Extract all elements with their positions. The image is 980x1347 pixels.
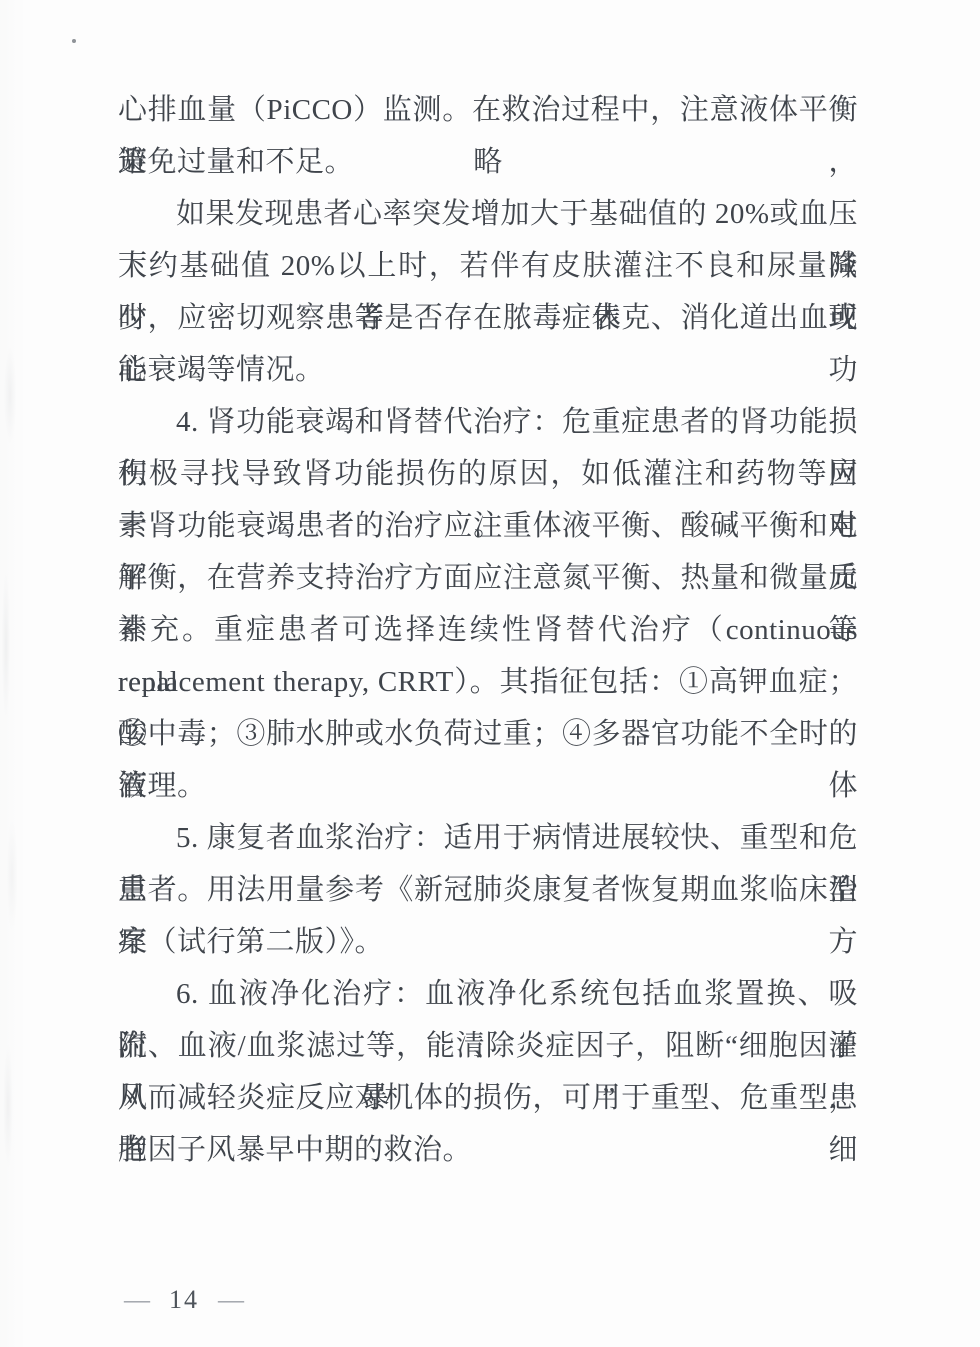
text-line: 时，应密切观察患者是否存在脓毒症休克、消化道出血或心功 [118, 292, 858, 344]
text-line: 流、血液/血浆滤过等，能清除炎症因子，阻断“细胞因子风暴”， [118, 1020, 858, 1072]
text-line: 患者。用法用量参考《新冠肺炎康复者恢复期血浆临床治疗方 [118, 864, 858, 916]
scan-edge-noise [0, 280, 26, 1240]
text-line: 心排血量（PiCCO）监测。在救治过程中，注意液体平衡策略， [118, 84, 858, 136]
page-number: 14 [169, 1283, 199, 1317]
page-footer: — 14 — [124, 1283, 244, 1317]
document-page: 心排血量（PiCCO）监测。在救治过程中，注意液体平衡策略，避免过量和不足。如果… [0, 0, 980, 1347]
document-text-block: 心排血量（PiCCO）监测。在救治过程中，注意液体平衡策略，避免过量和不足。如果… [118, 84, 858, 1176]
text-line: 从而减轻炎症反应对机体的损伤，可用于重型、危重型患者细 [118, 1072, 858, 1124]
text-line: 积极寻找导致肾功能损伤的原因，如低灌注和药物等因素。对 [118, 448, 858, 500]
text-line: 于肾功能衰竭患者的治疗应注重体液平衡、酸碱平衡和电解质 [118, 500, 858, 552]
footer-dash-right: — [218, 1283, 244, 1317]
text-line: replacement therapy, CRRT）。其指征包括：①高钾血症；② [118, 656, 858, 708]
text-line: 6. 血液净化治疗：血液净化系统包括血浆置换、吸附、灌 [118, 968, 858, 1020]
text-line: 酸中毒；③肺水肿或水负荷过重；④多器官功能不全时的液体 [118, 708, 858, 760]
text-line: 5. 康复者血浆治疗：适用于病情进展较快、重型和危重型 [118, 812, 858, 864]
text-line: 补充。重症患者可选择连续性肾替代治疗（continuous renal [118, 604, 858, 656]
text-line: 如果发现患者心率突发增加大于基础值的 20%或血压下降 [118, 188, 858, 240]
footer-dash-left: — [124, 1283, 150, 1317]
text-line: 平衡，在营养支持治疗方面应注意氮平衡、热量和微量元素等 [118, 552, 858, 604]
text-line: 大约基础值 20%以上时，若伴有皮肤灌注不良和尿量减少等表现 [118, 240, 858, 292]
scan-artifact-dot [72, 39, 76, 43]
text-line: 4. 肾功能衰竭和肾替代治疗：危重症患者的肾功能损伤应 [118, 396, 858, 448]
